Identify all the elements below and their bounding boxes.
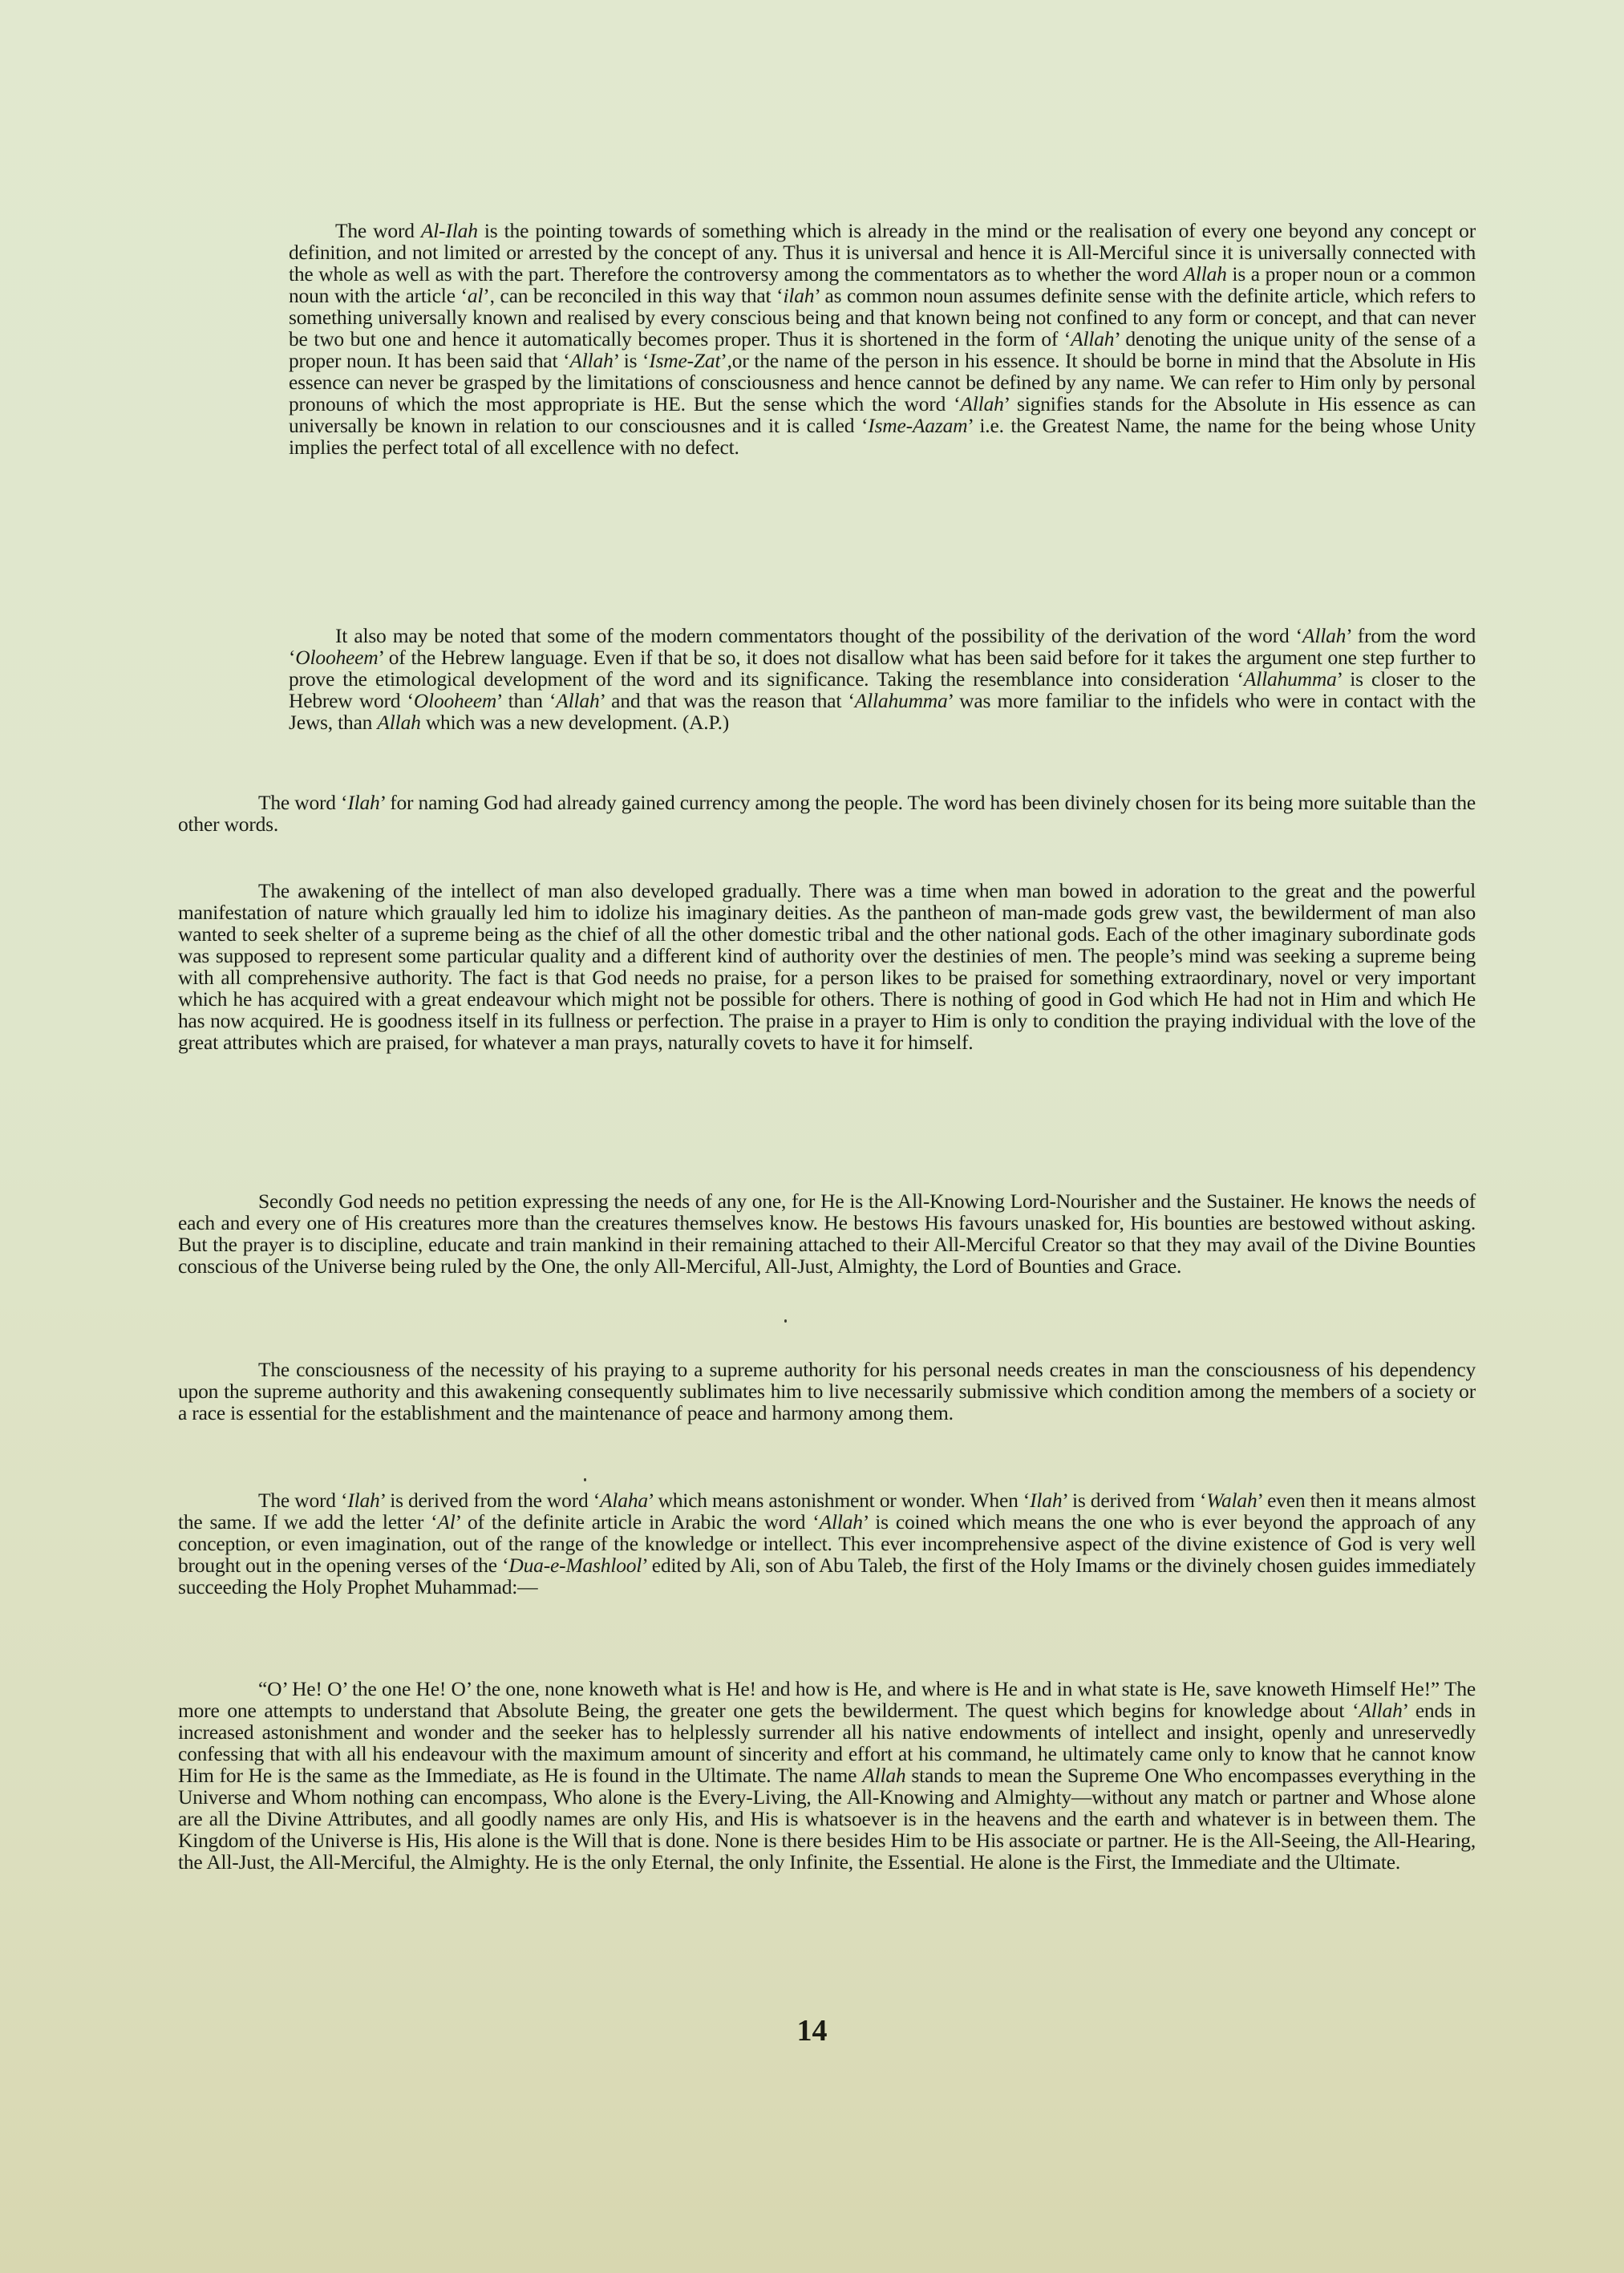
paragraph-al-ilah: The word Al-Ilah is the pointing towards… (289, 220, 1476, 458)
italic-term: Allah (1183, 262, 1226, 286)
paragraph-ilah-derivation: The word ‘Ilah’ is derived from the word… (178, 1489, 1476, 1598)
italic-term: Ilah (347, 1489, 379, 1512)
italic-term: Allah (569, 349, 613, 372)
print-speck (784, 1319, 787, 1323)
print-speck (584, 1478, 586, 1481)
paragraph-awakening-intellect: The awakening of the intellect of man al… (178, 880, 1476, 1053)
italic-term: Allahumma (855, 689, 948, 712)
italic-term: ilah (783, 284, 814, 307)
document-page: The word Al-Ilah is the pointing towards… (0, 0, 1624, 2273)
italic-term: Allah (1071, 327, 1114, 350)
italic-term: Walah (1206, 1489, 1257, 1512)
italic-term: Allah (820, 1510, 863, 1534)
italic-term: Dua-e-Mashlool (508, 1554, 642, 1577)
italic-term: Allah (377, 711, 420, 734)
italic-term: Allah (960, 392, 1003, 415)
italic-term: Ilah (347, 791, 379, 814)
italic-term: Ilah (1030, 1489, 1062, 1512)
paragraph-no-petition: Secondly God needs no petition expressin… (178, 1190, 1476, 1277)
paragraph-dua-quote: “O’ He! O’ the one He! O’ the one, none … (178, 1678, 1476, 1873)
italic-term: Alaha (600, 1489, 648, 1512)
italic-term: Isme-Aazam (868, 414, 967, 437)
italic-term: Allah (1359, 1699, 1402, 1722)
paragraph-ilah-currency: The word ‘Ilah’ for naming God had alrea… (178, 792, 1476, 835)
paragraph-olooheem-note: It also may be noted that some of the mo… (289, 625, 1476, 733)
page-number: 14 (0, 2013, 1624, 2048)
italic-term: Allah (1302, 624, 1346, 647)
italic-term: Olooheem (414, 689, 496, 712)
paragraph-consciousness: The consciousness of the necessity of hi… (178, 1359, 1476, 1424)
italic-term: al (468, 284, 483, 307)
italic-term: Al (437, 1510, 455, 1534)
italic-term: Isme-Zat (649, 349, 720, 372)
italic-term: Allah (556, 689, 599, 712)
italic-term: Olooheem (295, 646, 378, 669)
italic-term: Allahumma (1244, 667, 1337, 691)
italic-term: Allah (862, 1764, 905, 1787)
italic-term: Al-Ilah (421, 219, 478, 242)
